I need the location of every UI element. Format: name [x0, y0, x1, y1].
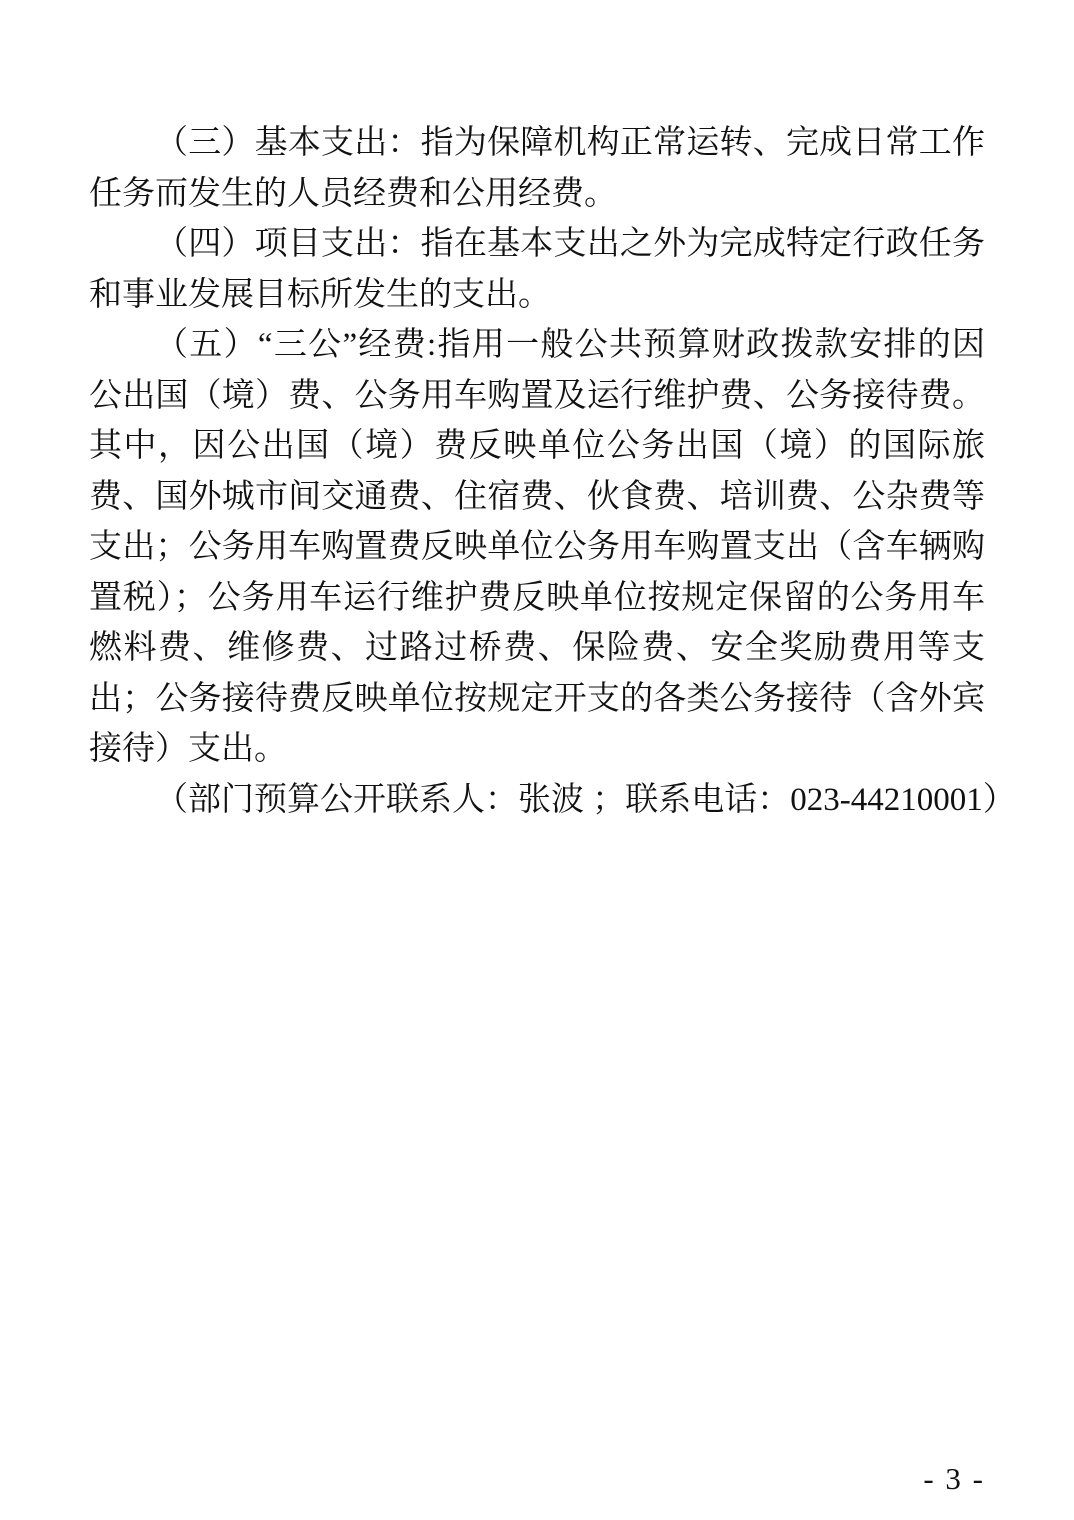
budget-contact-note: （部门预算公开联系人：张波 ；联系电话：023-44210001） [89, 775, 985, 826]
page-number: - 3 - [923, 1461, 985, 1496]
document-body: （三）基本支出：指为保障机构正常运转、完成日常工作任务而发生的人员经费和公用经费… [89, 118, 985, 825]
paragraph-three-public-funds: （五）“三公”经费:指用一般公共预算财政拨款安排的因公出国（境）费、公务用车购置… [89, 320, 985, 775]
paragraph-project-expenditure: （四）项目支出：指在基本支出之外为完成特定行政任务和事业发展目标所发生的支出。 [89, 219, 985, 320]
paragraph-basic-expenditure: （三）基本支出：指为保障机构正常运转、完成日常工作任务而发生的人员经费和公用经费… [89, 118, 985, 219]
page-footer: - 3 - [923, 1463, 985, 1494]
document-page: （三）基本支出：指为保障机构正常运转、完成日常工作任务而发生的人员经费和公用经费… [0, 0, 1074, 1520]
